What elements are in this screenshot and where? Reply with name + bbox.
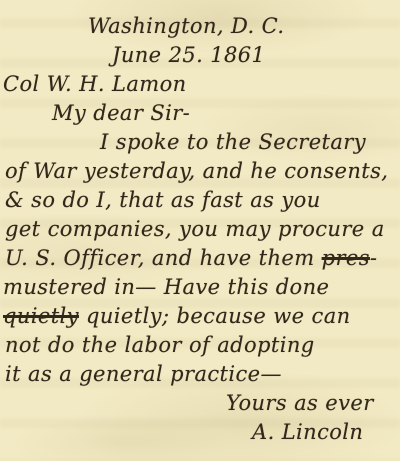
place-line: Washington, D. C. [88, 12, 400, 41]
letter-text: of War yesterday, and he consents, [5, 159, 388, 183]
letter-text: I spoke to the Secretary [100, 130, 366, 154]
body-line-3: & so do I, that as fast as you [5, 186, 400, 215]
body-line-4: get companies, you may procure a [5, 215, 400, 244]
letter-body: Washington, D. C.June 25. 1861Col W. H. … [0, 12, 400, 447]
date-line: June 25. 1861 [112, 41, 400, 70]
letter-text: mustered in— Have this done [3, 275, 329, 299]
salutation-line: My dear Sir- [52, 99, 400, 128]
letter-page: Washington, D. C.June 25. 1861Col W. H. … [0, 0, 400, 461]
body-line-1: I spoke to the Secretary [100, 128, 400, 157]
body-line-6: mustered in— Have this done [3, 273, 400, 302]
letter-text: Washington, D. C. [88, 14, 284, 38]
body-line-5: U. S. Officer, and have them pres- [5, 244, 400, 273]
letter-text: & so do I, that as fast as you [5, 188, 321, 212]
recipient-line: Col W. H. Lamon [3, 70, 400, 99]
letter-text: not do the labor of adopting [5, 333, 315, 357]
struck-out-word: pres [322, 246, 370, 270]
letter-text: A. Lincoln [252, 420, 363, 444]
letter-text: - [370, 246, 378, 270]
signature-line: A. Lincoln [252, 418, 400, 447]
letter-text: U. S. Officer, and have them [5, 246, 322, 270]
body-line-8: not do the labor of adopting [5, 331, 400, 360]
letter-text: get companies, you may procure a [5, 217, 385, 241]
letter-text: quietly; because we can [79, 304, 351, 328]
struck-out-word: quietly [3, 304, 79, 328]
letter-text: My dear Sir- [52, 101, 190, 125]
closing-line: Yours as ever [226, 389, 400, 418]
body-line-2: of War yesterday, and he consents, [5, 157, 400, 186]
letter-text: it as a general practice— [5, 362, 282, 386]
body-line-9: it as a general practice— [5, 360, 400, 389]
letter-text: June 25. 1861 [112, 43, 265, 67]
letter-text: Yours as ever [226, 391, 374, 415]
body-line-7: quietly quietly; because we can [3, 302, 400, 331]
letter-text: Col W. H. Lamon [3, 72, 187, 96]
